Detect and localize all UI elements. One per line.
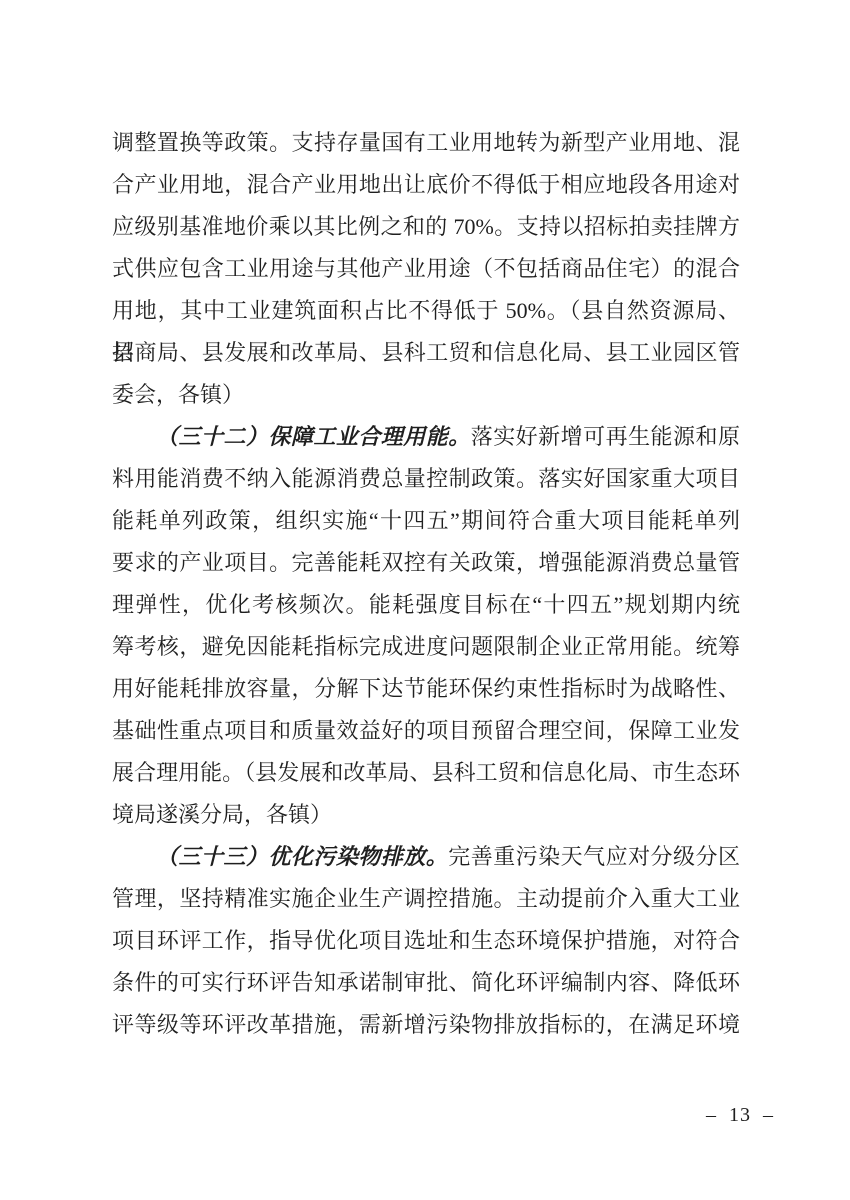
text-line: 应级别基准地价乘以其比例之和的 70%。支持以招标拍卖挂牌方	[112, 206, 740, 248]
text-line: 展合理用能。（县发展和改革局、县科工贸和信息化局、市生态环	[112, 752, 740, 794]
page-number: – 13 –	[690, 1104, 790, 1127]
text-line: 招商局、县发展和改革局、县科工贸和信息化局、县工业园区管	[112, 332, 740, 374]
text-line: 条件的可实行环评告知承诺制审批、简化环评编制内容、降低环	[112, 962, 740, 1004]
text-line: 用地，其中工业建筑面积占比不得低于 50%。（县自然资源局、县	[112, 290, 740, 332]
text-line: 委会，各镇）	[112, 374, 740, 416]
section-heading-line-32: （三十二）保障工业合理用能。落实好新增可再生能源和原	[112, 416, 740, 458]
text-line: 用好能耗排放容量，分解下达节能环保约束性指标时为战略性、	[112, 668, 740, 710]
text-line: 基础性重点项目和质量效益好的项目预留合理空间，保障工业发	[112, 710, 740, 752]
document-text-block: 调整置换等政策。支持存量国有工业用地转为新型产业用地、混 合产业用地，混合产业用…	[112, 122, 740, 1046]
text-line: 料用能消费不纳入能源消费总量控制政策。落实好国家重大项目	[112, 458, 740, 500]
text-line: 项目环评工作，指导优化项目选址和生态环境保护措施，对符合	[112, 920, 740, 962]
section-heading-line-33: （三十三）优化污染物排放。完善重污染天气应对分级分区	[112, 836, 740, 878]
section-heading: （三十二）保障工业合理用能。	[156, 424, 471, 449]
text-line: 调整置换等政策。支持存量国有工业用地转为新型产业用地、混	[112, 122, 740, 164]
text-line: 评等级等环评改革措施，需新增污染物排放指标的，在满足环境	[112, 1004, 740, 1046]
text-line: 管理，坚持精准实施企业生产调控措施。主动提前介入重大工业	[112, 878, 740, 920]
document-page: 调整置换等政策。支持存量国有工业用地转为新型产业用地、混 合产业用地，混合产业用…	[0, 0, 850, 1200]
text-line: 式供应包含工业用途与其他产业用途（不包括商品住宅）的混合	[112, 248, 740, 290]
text-line: 能耗单列政策，组织实施“十四五”期间符合重大项目能耗单列	[112, 500, 740, 542]
text-run: 完善重污染天气应对分级分区	[448, 844, 740, 869]
section-heading: （三十三）优化污染物排放。	[156, 844, 448, 869]
text-line: 合产业用地，混合产业用地出让底价不得低于相应地段各用途对	[112, 164, 740, 206]
text-line: 筹考核，避免因能耗指标完成进度问题限制企业正常用能。统筹	[112, 626, 740, 668]
text-line: 境局遂溪分局，各镇）	[112, 794, 740, 836]
text-line: 要求的产业项目。完善能耗双控有关政策，增强能源消费总量管	[112, 542, 740, 584]
text-line: 理弹性，优化考核频次。能耗强度目标在“十四五”规划期内统	[112, 584, 740, 626]
text-run: 落实好新增可再生能源和原	[471, 424, 740, 449]
